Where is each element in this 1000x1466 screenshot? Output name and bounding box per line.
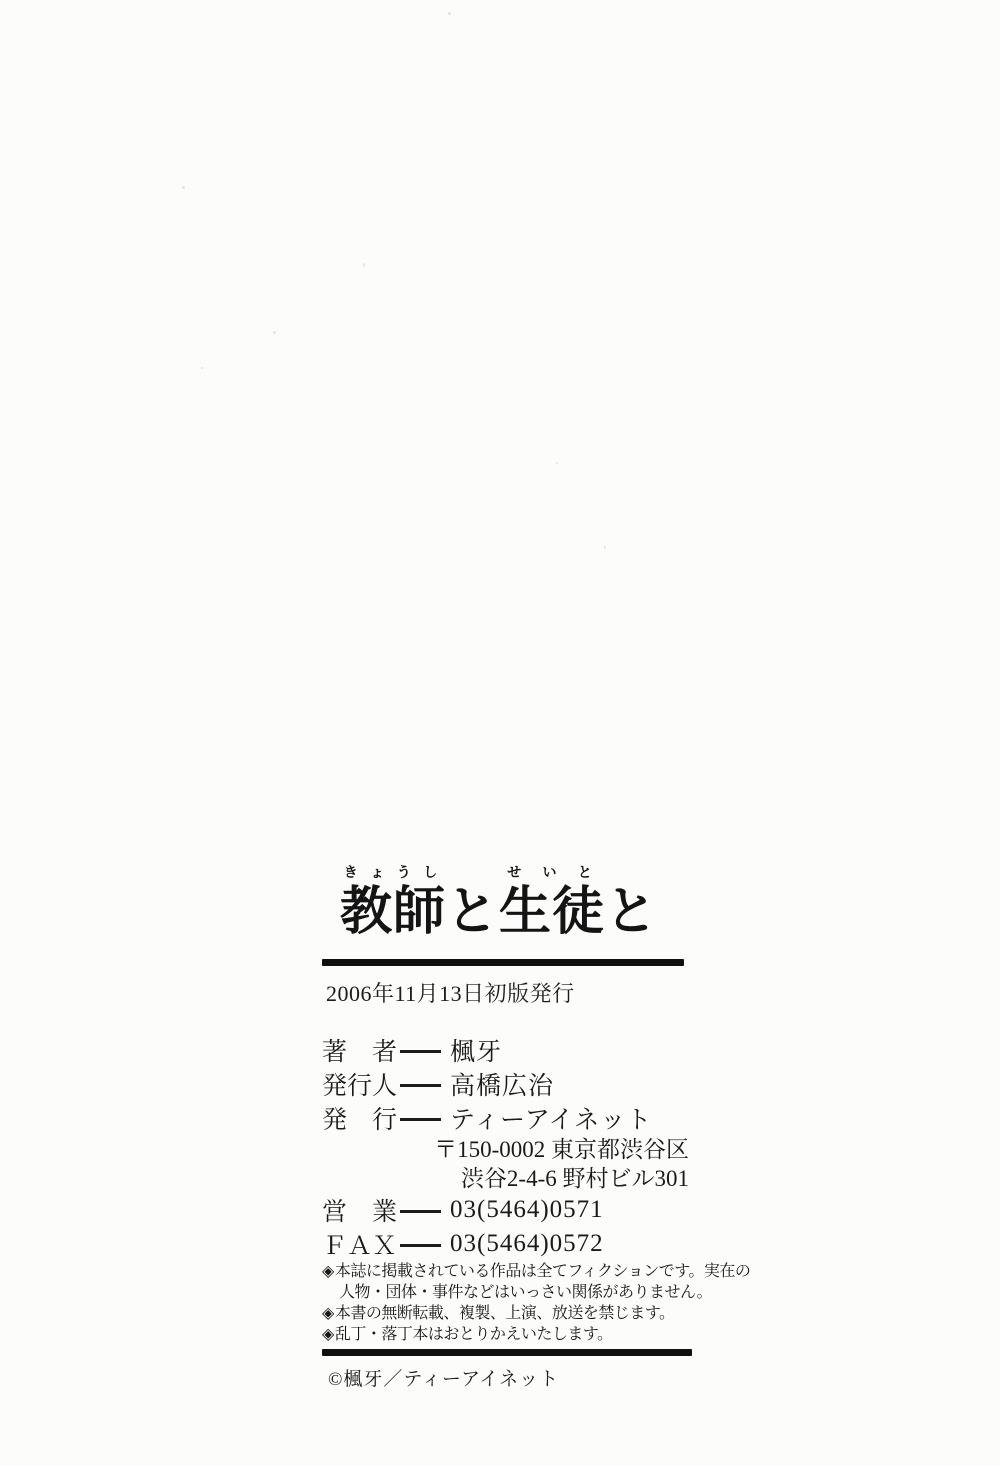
scan-speck xyxy=(201,367,203,369)
dash-leader xyxy=(400,1118,441,1121)
edition-date: 2006年11月13日初版発行 xyxy=(326,981,694,1007)
notice-line: ◈本誌に掲載されている作品は全てフィクションです。実在の xyxy=(322,1261,722,1282)
credit-row-author: 著 者 楓牙 xyxy=(322,1033,694,1067)
notices-list: ◈本誌に掲載されている作品は全てフィクションです。実在の 人物・団体・事件などは… xyxy=(322,1261,722,1345)
title-base: 教師 xyxy=(340,884,446,941)
contact-label: ＦＡＸ xyxy=(322,1226,398,1262)
title-particle: と xyxy=(446,884,499,941)
scan-speck xyxy=(273,331,276,334)
title-divider-rule xyxy=(322,959,684,966)
credit-label: 著 者 xyxy=(322,1032,398,1068)
credit-row-publisher-person: 発行人 高橋広治 xyxy=(322,1067,694,1101)
title-word-seito: 生徒せいと xyxy=(499,884,605,941)
notice-line: ◈本書の無断転載、複製、上演、放送を禁じます。 xyxy=(322,1303,722,1324)
credits-list: 著 者 楓牙 発行人 高橋広治 発 行 ティーアイネット xyxy=(322,1033,694,1135)
dash-leader xyxy=(400,1084,441,1087)
notice-defective-copies: ◈乱丁・落丁本はおとりかえいたします。 xyxy=(322,1324,722,1345)
notice-fiction-disclaimer: ◈本誌に掲載されている作品は全てフィクションです。実在の 人物・団体・事件などは… xyxy=(322,1261,722,1303)
notice-text: 乱丁・落丁本はおとりかえいたします。 xyxy=(335,1326,613,1343)
furigana-seito: せいと xyxy=(499,866,605,884)
notice-line: ◈乱丁・落丁本はおとりかえいたします。 xyxy=(322,1324,722,1345)
furigana-kyoushi: きょうし xyxy=(340,866,446,884)
credit-row-publisher: 発 行 ティーアイネット xyxy=(322,1101,694,1135)
address-line-street: 渋谷2-4-6 野村ビル301 xyxy=(322,1164,689,1193)
contact-row-sales: 営 業 03(5464)0571 xyxy=(322,1193,694,1227)
contacts-list: 営 業 03(5464)0571 ＦＡＸ 03(5464)0572 xyxy=(322,1193,694,1261)
notice-line-continued: 人物・団体・事件などはいっさい関係がありません。 xyxy=(322,1282,722,1303)
scanned-page: { "page": { "background": "#fcfcfa", "in… xyxy=(0,0,1000,1466)
notice-text: 本書の無断転載、複製、上演、放送を禁じます。 xyxy=(335,1305,675,1322)
scan-speck xyxy=(604,546,606,549)
bottom-divider-rule xyxy=(322,1349,692,1356)
notice-text: 本誌に掲載されている作品は全てフィクションです。実在の xyxy=(335,1263,751,1280)
diamond-bullet-icon: ◈ xyxy=(322,1326,334,1343)
credit-value: 高橋広治 xyxy=(450,1066,554,1102)
dash-leader xyxy=(400,1210,441,1213)
book-title: 教師きょうしと生徒せいとと xyxy=(340,866,694,941)
title-particle: と xyxy=(605,884,658,941)
title-word-kyoushi: 教師きょうし xyxy=(340,884,446,941)
colophon-block: 教師きょうしと生徒せいとと 2006年11月13日初版発行 著 者 楓牙 発行人… xyxy=(322,866,694,1391)
scan-speck xyxy=(182,186,185,189)
diamond-bullet-icon: ◈ xyxy=(322,1305,334,1322)
scan-speck xyxy=(556,462,558,464)
dash-leader xyxy=(400,1244,441,1247)
credit-label: 発行人 xyxy=(322,1066,398,1102)
credit-label: 発 行 xyxy=(322,1100,398,1136)
notice-no-reproduction: ◈本書の無断転載、複製、上演、放送を禁じます。 xyxy=(322,1303,722,1324)
contact-value: 03(5464)0572 xyxy=(450,1230,604,1258)
publisher-address: 〒150-0002 東京都渋谷区 渋谷2-4-6 野村ビル301 xyxy=(322,1135,694,1193)
credit-value: ティーアイネット xyxy=(450,1100,652,1136)
credit-value: 楓牙 xyxy=(450,1032,502,1068)
diamond-bullet-icon: ◈ xyxy=(322,1263,334,1280)
address-line-postal: 〒150-0002 東京都渋谷区 xyxy=(322,1135,689,1164)
contact-label: 営 業 xyxy=(322,1192,398,1228)
contact-value: 03(5464)0571 xyxy=(450,1196,604,1224)
dash-leader xyxy=(400,1050,441,1053)
copyright-line: ©楓牙／ティーアイネット xyxy=(328,1364,694,1391)
contact-row-fax: ＦＡＸ 03(5464)0572 xyxy=(322,1227,694,1261)
title-base: 生徒 xyxy=(499,884,605,941)
scan-speck xyxy=(448,12,451,15)
scan-speck xyxy=(363,263,365,267)
